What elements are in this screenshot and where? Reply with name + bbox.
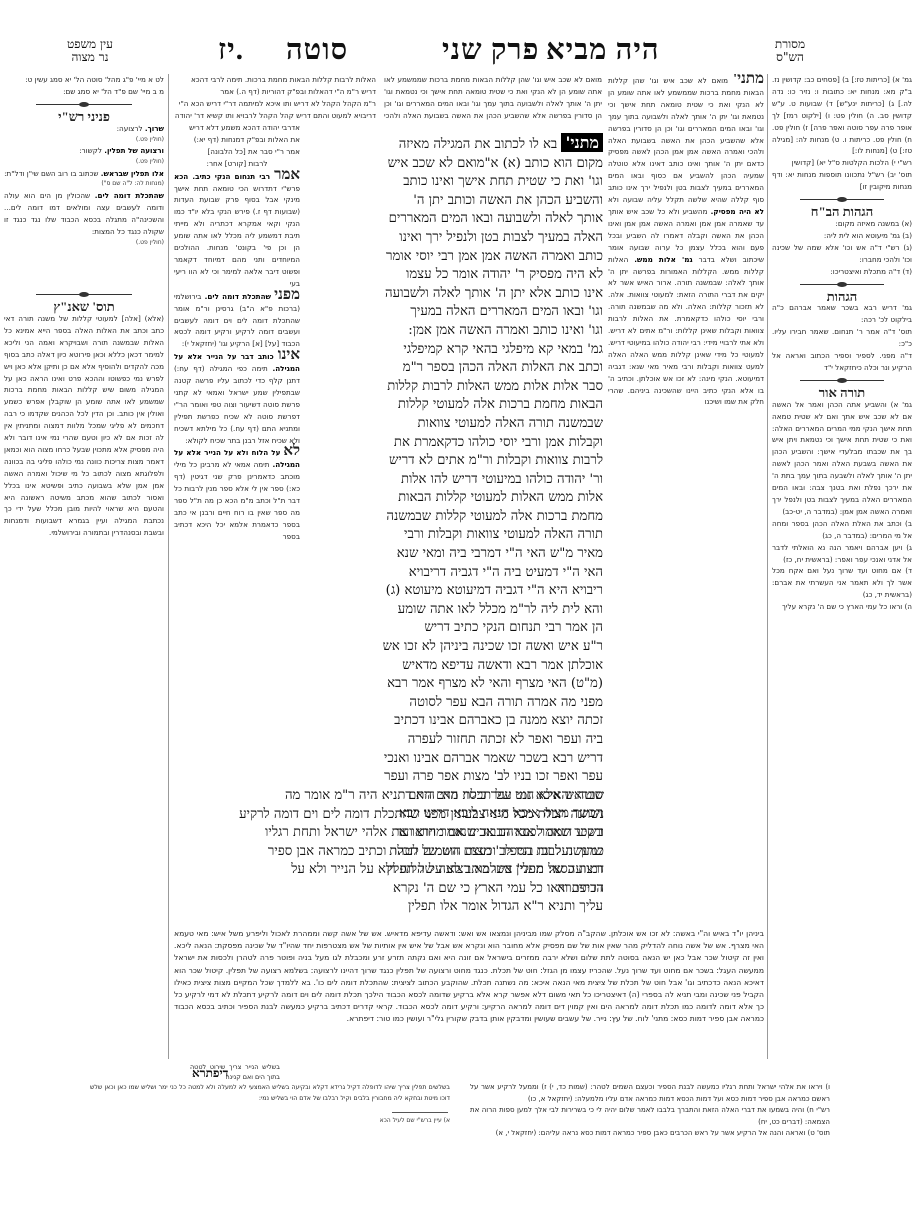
gemara-text-wide: שבראש אלא חוט של תכלת מאי היא דתניא היה … bbox=[174, 787, 604, 899]
tosafot-heading-rest: שהתכלת דומה לים. bbox=[205, 292, 271, 301]
rashi-top: מואם לא שכב איש וגו' שהן קללות הבאות מחמ… bbox=[384, 74, 602, 122]
gemara-line: מתני' בא לו לכתוב את המגילה מאיזה bbox=[305, 134, 603, 155]
gemara-line: ורקיע דומה לכסא הכבוד שנאמר ויראו את אלה… bbox=[174, 824, 604, 843]
hagahot-habach-title: הגהות הב"ח bbox=[772, 206, 912, 218]
tosafot-text: תימה כפי המגילה (דף עח:) דתנן קלף כדי לכ… bbox=[174, 364, 300, 444]
tosafot-verse-note: תוס' ט) ואראה והנה אל הרקיע אשר על ראש ה… bbox=[470, 1128, 830, 1140]
ein-mishpat-line2: נר מצוה bbox=[60, 51, 120, 64]
ein-mishpat-entry: מ ב מיי' שם פ"ד הל' יא סמג שם: bbox=[4, 86, 164, 98]
tractate-title: סוטה bbox=[286, 34, 348, 67]
gemara-line: מאיר מ"ש האי ה"י דמרבי ביה ומאי שנא bbox=[305, 545, 603, 564]
hagahot-entry: תוס' ד"ה אמר ר' תנחום. שאמר חבירו עליו. … bbox=[772, 326, 912, 350]
hagahot-habach-entry: (ד) ד"ה מתכלת ואיצטריכו: bbox=[772, 266, 912, 278]
column-rule bbox=[168, 74, 169, 1059]
torah-or-continuation: ו) ויראו את אלהי ישראל ותחת רגליו כמעשה … bbox=[470, 1082, 830, 1105]
source-ref: (מנחות לה: ל"ה שם ס") bbox=[4, 179, 164, 190]
rashi-verse-note: רש"י ח) והיה בשמעו את דברי האלה הזאת והת… bbox=[470, 1105, 830, 1128]
mishnah-marker: מתני' bbox=[561, 133, 603, 152]
mesoret-line2: הש"ס bbox=[765, 51, 815, 64]
mesoret-hashas-entry: תוס' יב) רש"ל נתכוונו תוספות מנחות יא: ו… bbox=[772, 169, 912, 193]
chapter-number: פרק שני bbox=[442, 34, 539, 67]
ein-mishpat-label: עין משפט נר מצוה bbox=[60, 38, 120, 64]
page-number: יז. bbox=[218, 34, 244, 67]
tosafot-line: אמר ר"י סבר את [כל הלבונה] bbox=[174, 146, 300, 158]
gemara-line: סבר אלות אלות ממש האלות לרבות קללות bbox=[305, 378, 603, 397]
chapter-name: היה מביא bbox=[546, 34, 660, 67]
dibur-hamatchil: שהתכלת דומה לים. bbox=[95, 191, 164, 200]
tosafot-top: האלות לרבות קללות הבאות מחמת ברכות. תימה… bbox=[174, 74, 376, 122]
gemara-line: וגו' ואינו כותב ואמרה האשה אמן אמן: bbox=[305, 322, 603, 341]
tosafot-line: דריבויא למעוט והתם דריש קהל הקהל לרבויא … bbox=[174, 110, 376, 122]
gemara-line: תורה האלה למעוטי צוואות וקבלות ורבי bbox=[305, 526, 603, 545]
gemara-line: וגו' ואת כי שטית תחת אישך ואינו כותב bbox=[305, 173, 603, 192]
tosafot-line: אדרבי יהודה דהכא משמע דלא דריש bbox=[174, 122, 300, 134]
torah-or-text: גמ' א) והשביע אתה הכהן ואמר אל האשה אם ל… bbox=[772, 399, 912, 613]
gemara-line: (מ"ט) האי מצרף והאי לא מצרף אמר רבא bbox=[305, 675, 603, 694]
gemara-line: וגו' ובאו המים המאררים האלה במעיך bbox=[305, 303, 603, 322]
dibur-hamatchil: שרוך. bbox=[145, 124, 164, 133]
shlishim-note: בשלשים תפלין צריך שיהו לדופלה דקיל גרידא… bbox=[90, 1082, 450, 1104]
gemara-line: עליך ותניא ר"א הגדול אומר אלו תפלין bbox=[305, 898, 603, 917]
rashi-heading: גמ' אלות ממש. bbox=[634, 255, 692, 264]
hagahot-title: הגהות bbox=[772, 291, 912, 303]
gemara-line: ריבויא היא ה"י דגביה דמיעוטא מיעוטא (ג) bbox=[305, 582, 603, 601]
gemara-line: האלה במעיך לצבות בטן ולנפיל ירך ואינו bbox=[305, 229, 603, 248]
ornament-divider bbox=[36, 104, 132, 105]
gemara-line: לרבות צוואות וקבלות ור"מ אתים לא דריש bbox=[305, 452, 603, 471]
torah-or-title: תורה אור bbox=[772, 387, 912, 399]
rashi-text: ורבי יוסי כולהו כדקאמרת. את האלות לרבות … bbox=[608, 314, 764, 371]
tosafot-heading: אמר bbox=[274, 167, 300, 183]
mesoret-hashas-entry: רש"י י) הלכות הקלטות ס"ל יא) [קדושין bbox=[772, 157, 912, 169]
gemara-line: אוכלתן אמר רבא ודאשה עדיפא מדאיש bbox=[305, 657, 603, 676]
source-ref: (חולין פט.) bbox=[4, 135, 164, 146]
rashi-text: מואם לא שכב איש וגו' שהן קללות הבאות מחמ… bbox=[608, 76, 764, 156]
gemara-line: אינו כותב אלא יתן ה' אותך לאלה ולשבועה bbox=[305, 285, 603, 304]
gemara-line: שבראש אלא חוט של תכלת מאי היא דתניא היה … bbox=[174, 787, 604, 806]
mesoret-hashas-label: מסורת הש"ס bbox=[765, 38, 815, 64]
source-ref: (חולין פט.) bbox=[4, 238, 164, 249]
torah-or-bottom: ו) ויראו את אלהי ישראל ותחת רגליו כמעשה … bbox=[470, 1082, 830, 1140]
tosafot-entry: אינו כותב דבר על הנייר אלא על המגילה. תי… bbox=[174, 350, 300, 446]
tosafot-column: אדרבי יהודה דהכא משמע דלא דריש את האלות … bbox=[174, 122, 300, 712]
gemara-line: גמ' במאי קא מיפלגי בהאי קרא קמיפלגי bbox=[305, 341, 603, 360]
ornament-divider bbox=[800, 380, 884, 381]
hagahot-entry: גמ' דריש רבא בשכר שאמר אברהם כ"ה בילקוט … bbox=[772, 302, 912, 326]
tosafot-text: תימה אמאי לא מרבינן כל מילי מוכתב כדאמרי… bbox=[174, 460, 300, 540]
gemara-line: ר"ע איש ואשה זכו שכינה ביניהן לא זכו אש bbox=[305, 638, 603, 657]
hagahot-habach-entry: (ג) רש"י ד"ה אש וכו' אלא שמה של שכינה וכ… bbox=[772, 242, 912, 266]
gemara-line: הן אמר רבי תנחום הנקי כתיב דריש bbox=[305, 619, 603, 638]
gemara-line-text: בא לו לכתוב את המגילה מאיזה bbox=[399, 137, 558, 152]
gemara-line: נשתנה תכלת מכל מיני צבעונין מפני שהתכלת … bbox=[174, 806, 604, 825]
gemara-line: דמות כסא: מתני' אינו כותב לא על הלוח ולא… bbox=[174, 861, 604, 880]
tosfot-shantz-title: תוס' שאנ"ץ bbox=[4, 301, 164, 313]
gemara-line: כותב ואמרה האשה אמן אמן רבי יוסי אומר bbox=[305, 248, 603, 267]
column-rule bbox=[767, 74, 768, 1059]
gemara-line: כמעשה לבנת הספיר וכעצם השמים לטהר וכתיב … bbox=[174, 843, 604, 862]
tosafot-heading-rest: רבי תנחום הנקי כתיב. הכא bbox=[174, 172, 270, 181]
tosafot-line: את האלות ובפ"ק דמנחות (דף יא:) bbox=[174, 134, 300, 146]
end-catchword: דיפתרא bbox=[192, 1066, 228, 1081]
pninei-text: לרצועה: bbox=[117, 124, 143, 133]
tosfot-shantz-text: (אלא) [אלה] למעוטי קללות של משנה תורה דא… bbox=[4, 313, 164, 539]
hagahot-entry: ד"ה מפני. לספיר וספיר הכתוב ואראה אל הרק… bbox=[772, 350, 912, 374]
tosafot-entry: מפני שהתכלת דומה לים. בירושלמי (ברכות פ"… bbox=[174, 290, 300, 351]
pninei-text: לקשור: bbox=[79, 146, 102, 155]
pninei-rashi-item: אלו תפלין שבראש. שכתוב בו רוב השם שי"ן ו… bbox=[4, 168, 164, 190]
tosafot-line: האלות לרבות קללות הבאות מחמת ברכות. תימה… bbox=[174, 74, 376, 86]
pninei-rashi-title: פניני רש"י bbox=[4, 111, 164, 123]
rashi-lead-word: מתני' bbox=[733, 74, 764, 87]
ein-mishpat-entry: לט א מיי' פ"ג מהל' סוטה הל' יא סמג עשין … bbox=[4, 74, 164, 86]
gemara-line: שבמשנה תורה האלה למעוטי צוואות bbox=[305, 415, 603, 434]
tosafot-text: פרש"י דתדרוש הכי טומאה תחת אישך מינקי אב… bbox=[174, 184, 300, 288]
ornament-divider bbox=[800, 284, 884, 285]
gemara-line: זכתה יוצא ממנה בן כאברהם אבינו דכתיב bbox=[305, 712, 603, 731]
pninei-rashi-item: שרוך. לרצועה:(חולין פט.) bbox=[4, 123, 164, 145]
ornament-divider bbox=[36, 294, 132, 295]
hagahot-habach-entry: (ב) גמ' מיעוטא הוא לית ליה: bbox=[772, 230, 912, 242]
dibur-hamatchil: אלו תפלין שבראש. bbox=[101, 169, 164, 178]
rashi-heading: לא היה מפסיק. bbox=[711, 207, 764, 216]
gemara-line: ור' יהודה כולהו במיעוטי דריש להו אלות bbox=[305, 471, 603, 490]
hagahot-habach-entry: (א) במשנה מאיזה מקום: bbox=[772, 218, 912, 230]
dibur-hamatchil: ורצועה של תפלין. bbox=[104, 146, 164, 155]
gemara-line: מחמת ברכות אלה למעוטי קללות שבמשנה bbox=[305, 508, 603, 527]
tosafot-entry: אמר רבי תנחום הנקי כתיב. הכא פרש"י דתדרו… bbox=[174, 170, 300, 290]
gemara-line: עפר ואפר זכו בניו לב' מצות אפר פרה ועפר bbox=[305, 768, 603, 787]
left-margin: לט א מיי' פ"ג מהל' סוטה הל' יא סמג עשין … bbox=[4, 74, 164, 1054]
gemara-line: הדיפתרא bbox=[174, 880, 604, 899]
rashi-bottom: ביניהן יו"ד באיש וה"י באשה: לא זכו אש או… bbox=[174, 928, 764, 1058]
tosafot-line: ר"מ הקהל הקהל לא דריש ותו איכא למיתמה דר… bbox=[174, 98, 376, 110]
gemara-line: מקום הוא כותב (א) א"מואם לא שכב איש bbox=[305, 155, 603, 174]
footnote-rule bbox=[392, 1112, 448, 1113]
gemara-line: והא לית ליה לר"מ מכלל לאו אתה שומע bbox=[305, 601, 603, 620]
gemara-line: ביה ועפר ואפר לא זכתה תחזור לעפרה bbox=[305, 731, 603, 750]
gemara-line: לא היה מפסיק ר' יהודה אומר כל עצמו bbox=[305, 266, 603, 285]
rashi-text: מואם לא שכב איש וגו' שהן קללות הבאות מחמ… bbox=[384, 75, 602, 122]
ornament-divider bbox=[800, 199, 884, 200]
pninei-rashi-item: שהתכלת דומה לים. שהכולין מן הים הוא עולה… bbox=[4, 190, 164, 248]
gemara-line: וקבלות אמן ורבי יוסי כולהו כדקאמרת את bbox=[305, 434, 603, 453]
rashi-text: ביניהן יו"ד באיש וה"י באשה: לא זכו אש או… bbox=[174, 929, 764, 1023]
gemara-line: אלות ממש האלות למעוטי קללות הבאות bbox=[305, 489, 603, 508]
gemara-line: והשביע הכהן את האשה וכותב יתן ה' bbox=[305, 192, 603, 211]
gemara-line: האי ה"י דמעיט ביה ה"י דגביה דריבויא bbox=[305, 564, 603, 583]
tosafot-heading: מפני bbox=[274, 287, 300, 303]
pninei-rashi-item: ורצועה של תפלין. לקשור:(חולין פט.) bbox=[4, 145, 164, 167]
tosafot-entry: לא על הלוח ולא על הנייר אלא על המגילה. ת… bbox=[174, 446, 300, 542]
pninei-text: שכתוב בו רוב השם שי"ן ודל"ת: bbox=[4, 169, 98, 178]
bottom-footnote: א) עיין ברש"י שם לעיל הכא bbox=[330, 1116, 450, 1127]
gemara-line: הבאות מחמת ברכות אלה למעוטי קללות bbox=[305, 396, 603, 415]
tosafot-heading: אינו bbox=[278, 347, 300, 363]
right-margin: גמ' א) [כריתות טז:] ב) [פסחים כב: קדושין… bbox=[772, 74, 912, 1059]
gemara-line: אותך לאלה ולשבועה ובאו המים המאררים bbox=[305, 210, 603, 229]
rashi-column: מתני' מואם לא שכב איש וגו' שהן קללות הבא… bbox=[608, 74, 764, 922]
tosafot-heading: לא bbox=[283, 443, 300, 459]
gemara-line: דריש רבא בשכר שאמר אברהם אבינו ואנכי bbox=[305, 750, 603, 769]
tosafot-line: דריש ר"מ ה"י דהאלות ובפ"ק דהוריות (דף ה.… bbox=[174, 86, 376, 98]
gemara-line: וכתב את האלות האלה הכהן בספר ר"מ bbox=[305, 359, 603, 378]
mesoret-hashas-entry: גמ' א) [כריתות טז:] ב) [פסחים כב: קדושין… bbox=[772, 74, 912, 157]
gemara-line: מפני מה אמרה תורה הבא עפר לסוטה bbox=[305, 694, 603, 713]
source-ref: (חולין פט.) bbox=[4, 157, 164, 168]
